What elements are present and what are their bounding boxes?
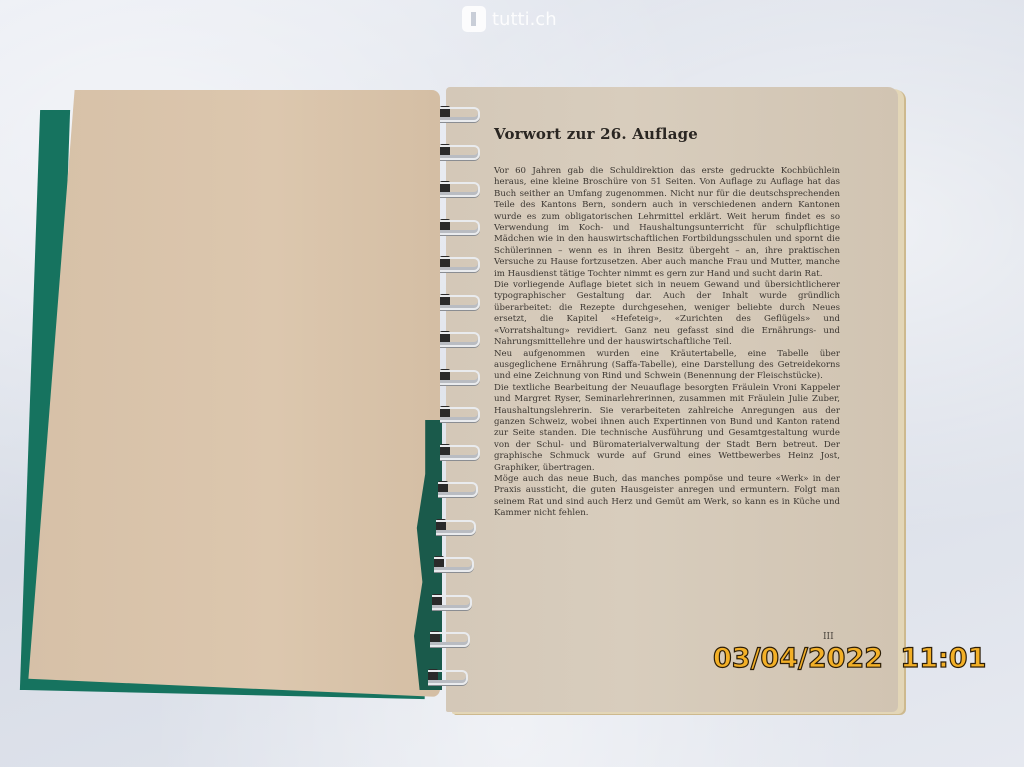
preface-text: Vor 60 Jahren gab die Schuldirektion das… [494,166,840,520]
paragraph: Neu aufgenommen wurden eine Kräutertabel… [494,349,840,383]
binding-coil [422,631,470,645]
watermark: tutti.ch [462,6,557,32]
left-page-blank [20,90,440,697]
binding-coil [432,331,480,345]
binding-coil [432,144,480,158]
binding-coil [432,181,480,195]
photo-timestamp: 03/04/2022 11:01 [713,643,986,674]
binding-coil [426,556,474,570]
binding-coil [432,219,480,233]
paragraph: Die textliche Bearbeitung der Neuauflage… [494,383,840,474]
binding-coil [432,406,480,420]
page-number: III [823,632,834,642]
binding-coil [432,256,480,270]
paragraph: Vor 60 Jahren gab die Schuldirektion das… [494,166,840,280]
binding-coil [430,481,478,495]
binding-coil [424,594,472,608]
binding-coil [432,444,480,458]
paragraph: Die vorliegende Auflage bietet sich in n… [494,280,840,348]
binding-coil [420,669,468,683]
binding-coil [432,369,480,383]
paragraph: Möge auch das neue Buch, das manches pom… [494,474,840,520]
binding-coil [432,294,480,308]
binding-coil [428,519,476,533]
tutti-logo-icon [462,6,486,32]
page-title: Vorwort zur 26. Auflage [494,125,698,143]
watermark-text: tutti.ch [492,9,557,30]
binding-coil [432,106,480,120]
